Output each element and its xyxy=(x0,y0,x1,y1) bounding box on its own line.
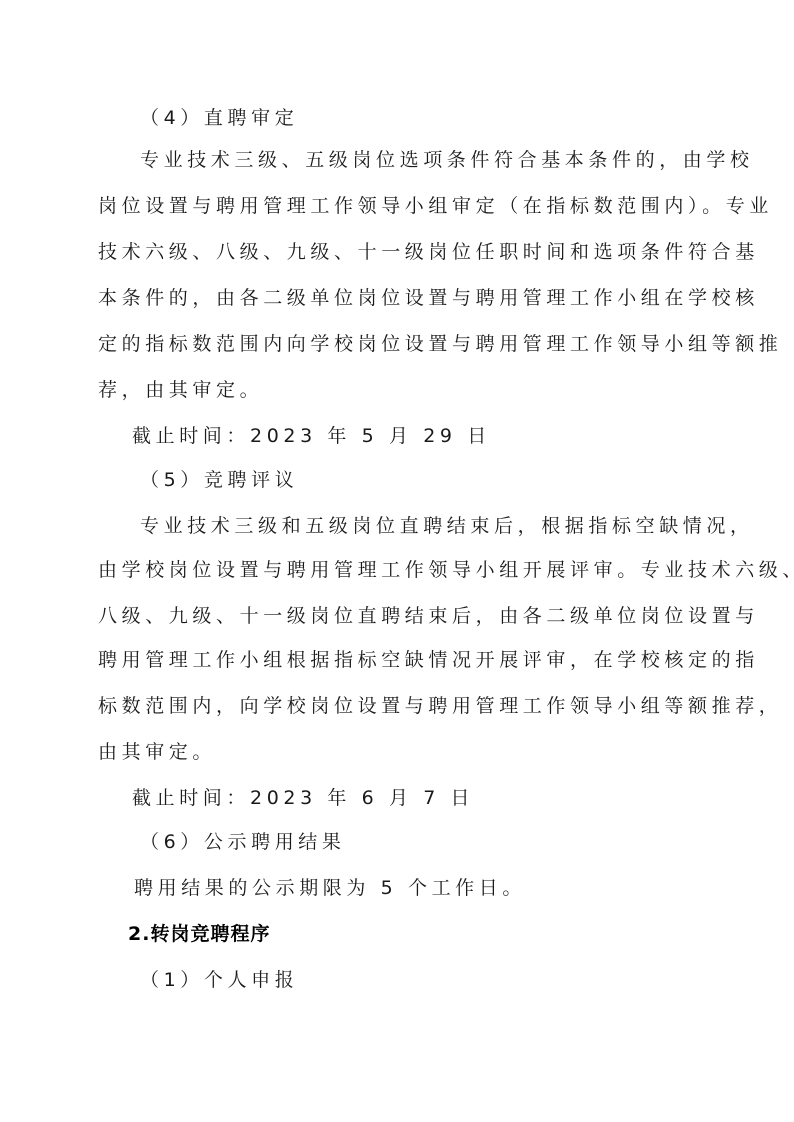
paragraph-line: 专业技术三级和五级岗位直聘结束后，根据指标空缺情况， xyxy=(140,513,754,539)
subheading-publicize-results: （6）公示聘用结果 xyxy=(140,829,346,855)
paragraph-line: 由学校岗位设置与聘用管理工作领导小组开展评审。专业技术六级、 xyxy=(98,557,794,583)
paragraph-line: 定的指标数范围内向学校岗位设置与聘用管理工作领导小组等额推 xyxy=(98,331,782,357)
paragraph-line: 标数范围内，向学校岗位设置与聘用管理工作领导小组等额推荐， xyxy=(98,693,782,719)
section-heading-transfer-procedure: 2.转岗竞聘程序 xyxy=(128,921,270,947)
paragraph-line: 岗位设置与聘用管理工作领导小组审定（在指标数范围内）。专业 xyxy=(98,193,773,219)
paragraph-line: 由其审定。 xyxy=(98,739,216,765)
paragraph-line: 本条件的，由各二级单位岗位设置与聘用管理工作小组在学校核 xyxy=(98,285,759,311)
paragraph-line: 八级、九级、十一级岗位直聘结束后，由各二级单位岗位设置与 xyxy=(98,603,759,629)
subheading-personal-application: （1）个人申报 xyxy=(140,967,298,993)
deadline-text: 截止时间：2023 年 6 月 7 日 xyxy=(132,785,474,811)
paragraph-line: 专业技术三级、五级岗位选项条件符合基本条件的，由学校 xyxy=(140,147,754,173)
document-page: （4）直聘审定 专业技术三级、五级岗位选项条件符合基本条件的，由学校 岗位设置与… xyxy=(0,0,794,1122)
subheading-competitive-review: （5）竞聘评议 xyxy=(140,467,298,493)
paragraph-line: 聘用管理工作小组根据指标空缺情况开展评审，在学校核定的指 xyxy=(98,647,759,673)
paragraph-line: 荐，由其审定。 xyxy=(98,377,263,403)
deadline-text: 截止时间：2023 年 5 月 29 日 xyxy=(132,423,491,449)
paragraph-line: 技术六级、八级、九级、十一级岗位任职时间和选项条件符合基 xyxy=(98,239,759,265)
subheading-direct-appointment-review: （4）直聘审定 xyxy=(140,105,298,131)
paragraph-line: 聘用结果的公示期限为 5 个工作日。 xyxy=(134,875,526,901)
